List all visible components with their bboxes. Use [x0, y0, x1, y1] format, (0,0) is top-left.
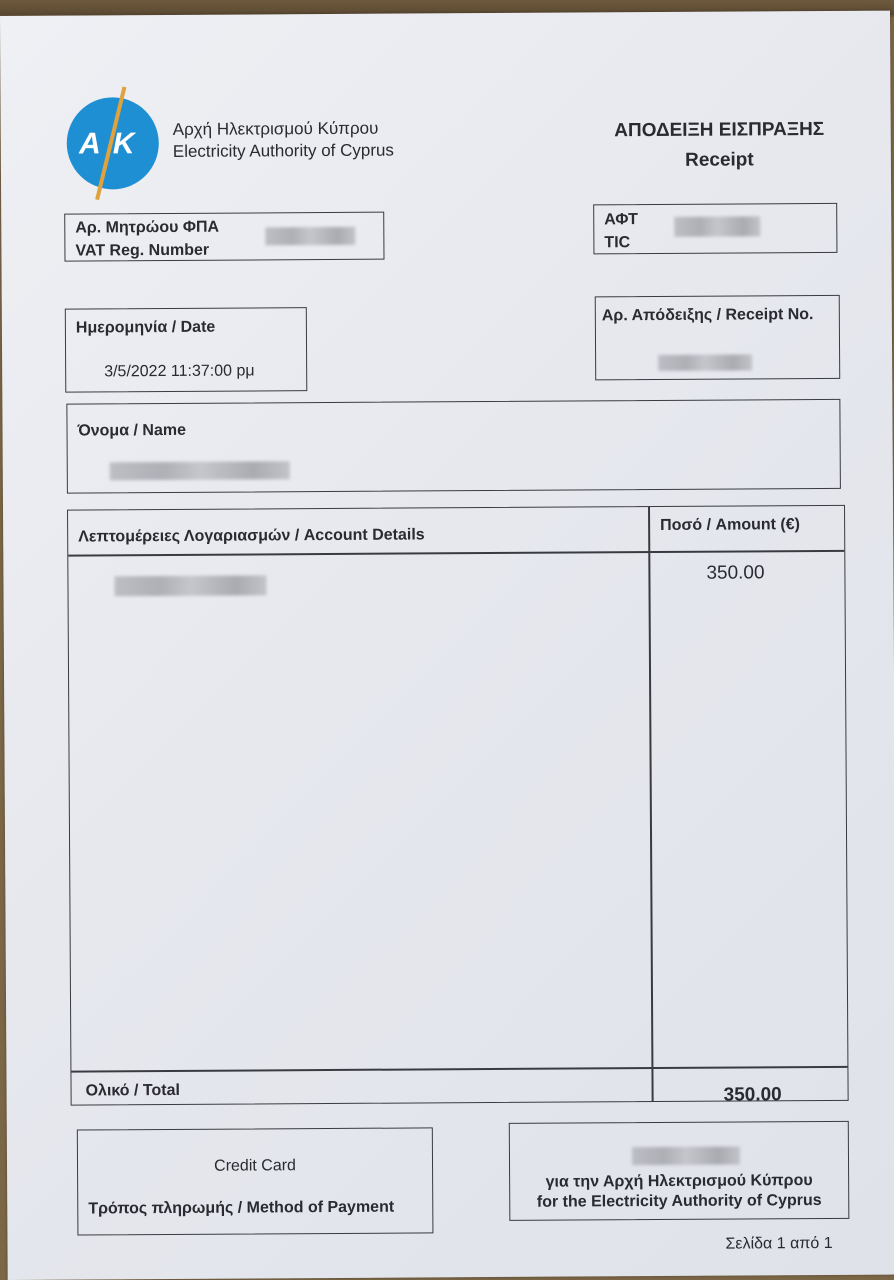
account-details-redacted — [114, 575, 266, 596]
eac-logo-icon: AK — [66, 97, 159, 190]
name-label: Όνομα / Name — [77, 422, 186, 441]
row-amount: 350.00 — [706, 562, 764, 584]
vat-box: Αρ. Μητρώου ΦΠΑ VAT Reg. Number — [64, 212, 384, 262]
payment-method-label: Τρόπος πληρωμής / Method of Payment — [88, 1199, 394, 1219]
document-title: ΑΠΟΔΕΙΞΗ ΕΙΣΠΡΑΞΗΣ Receipt — [597, 115, 842, 176]
tic-box: ΑΦΤ TIC — [593, 203, 837, 254]
date-value: 3/5/2022 11:37:00 pμ — [104, 362, 254, 381]
organization-name: Αρχή Ηλεκτρισμού Κύπρου Electricity Auth… — [173, 118, 394, 163]
signature-line-greek: για την Αρχή Ηλεκτρισμού Κύπρου — [510, 1172, 848, 1192]
org-name-greek: Αρχή Ηλεκτρισμού Κύπρου — [173, 118, 394, 141]
name-value-redacted — [110, 461, 290, 480]
tic-label-greek: ΑΦΤ — [604, 211, 638, 229]
receipt-number-redacted — [658, 354, 752, 371]
payment-method-box: Credit Card Τρόπος πληρωμής / Method of … — [77, 1127, 434, 1235]
signature-box: για την Αρχή Ηλεκτρισμού Κύπρου for the … — [509, 1121, 850, 1221]
title-greek: ΑΠΟΔΕΙΞΗ ΕΙΣΠΡΑΞΗΣ — [597, 115, 842, 146]
signature-line-english: for the Electricity Authority of Cyprus — [510, 1192, 848, 1212]
vat-label-english: VAT Reg. Number — [75, 242, 209, 261]
tic-value-redacted — [674, 216, 760, 237]
page-number: Σελίδα 1 από 1 — [725, 1235, 832, 1254]
account-details-table: Λεπτομέρειες Λογαριασμών / Account Detai… — [67, 505, 849, 1106]
receipt-number-box: Αρ. Απόδειξης / Receipt No. — [595, 295, 841, 380]
org-name-english: Electricity Authority of Cyprus — [173, 140, 394, 163]
name-box: Όνομα / Name — [66, 399, 841, 494]
total-divider — [71, 1066, 847, 1072]
receipt-paper: AK Αρχή Ηλεκτρισμού Κύπρου Electricity A… — [0, 11, 894, 1280]
vat-value-redacted — [265, 227, 355, 246]
vat-label-greek: Αρ. Μητρώου ΦΠΑ — [75, 219, 219, 238]
column-header-account-details: Λεπτομέρειες Λογαριασμών / Account Detai… — [78, 526, 425, 546]
title-english: Receipt — [597, 145, 842, 176]
total-label: Ολικό / Total — [86, 1082, 180, 1101]
date-box: Ημερομηνία / Date 3/5/2022 11:37:00 pμ — [65, 307, 308, 392]
tic-label-english: TIC — [604, 234, 630, 252]
table-row: 350.00 — [68, 506, 844, 511]
payment-method-value: Credit Card — [78, 1156, 432, 1176]
column-header-amount: Ποσό / Amount (€) — [660, 516, 800, 535]
column-divider — [648, 507, 653, 1101]
signature-redacted — [632, 1147, 740, 1166]
receipt-number-label: Αρ. Απόδειξης / Receipt No. — [602, 306, 814, 325]
total-value: 350.00 — [724, 1084, 782, 1106]
header-divider — [68, 550, 844, 556]
date-label: Ημερομηνία / Date — [76, 319, 215, 338]
